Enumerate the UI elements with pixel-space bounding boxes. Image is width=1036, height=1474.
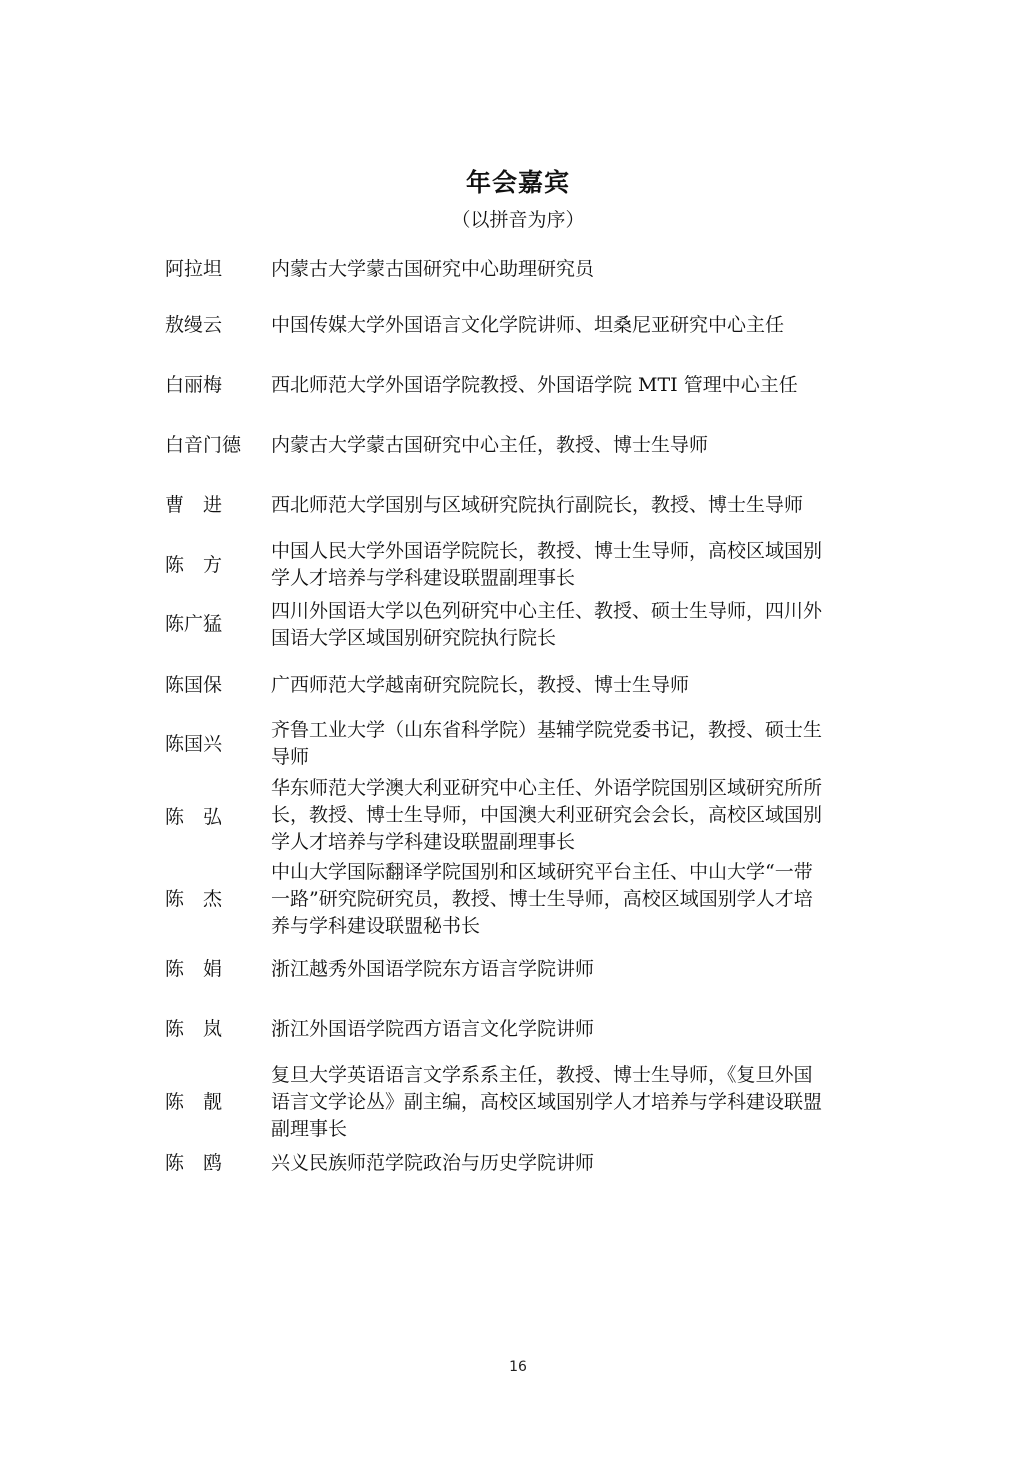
guest-name: 陈国保: [165, 672, 265, 699]
guest-description-line: 内蒙古大学蒙古国研究中心助理研究员: [271, 256, 883, 283]
guest-description: 中国传媒大学外国语言文化学院讲师、坦桑尼亚研究中心主任: [271, 312, 883, 339]
guest-description: 内蒙古大学蒙古国研究中心助理研究员: [271, 256, 883, 283]
guest-description-line: 西北师范大学国别与区域研究院执行副院长，教授、博士生导师: [271, 492, 883, 519]
guest-name: 陈 靓: [165, 1089, 265, 1116]
guest-description-line: 国语大学区域国别研究院执行院长: [271, 625, 883, 652]
guest-description-line: 西北师范大学外国语学院教授、外国语学院 MTI 管理中心主任: [271, 372, 883, 399]
guest-description: 浙江越秀外国语学院东方语言学院讲师: [271, 956, 883, 983]
guest-description: 西北师范大学外国语学院教授、外国语学院 MTI 管理中心主任: [271, 372, 883, 399]
guest-name: 陈国兴: [165, 731, 265, 758]
guest-name: 陈 娟: [165, 956, 265, 983]
guest-description-line: 中国传媒大学外国语言文化学院讲师、坦桑尼亚研究中心主任: [271, 312, 883, 339]
guest-description-line: 中国人民大学外国语学院院长，教授、博士生导师，高校区域国别: [271, 538, 883, 565]
guest-description: 四川外国语大学以色列研究中心主任、教授、硕士生导师，四川外 国语大学区域国别研究…: [271, 598, 883, 652]
guest-description-line: 导师: [271, 744, 883, 771]
guest-description-line: 长，教授、博士生导师，中国澳大利亚研究会会长，高校区域国别: [271, 802, 883, 829]
guest-description: 内蒙古大学蒙古国研究中心主任，教授、博士生导师: [271, 432, 883, 459]
page-number: 16: [0, 1358, 1036, 1376]
guest-description-line: 一路”研究院研究员，教授、博士生导师，高校区域国别学人才培: [271, 886, 883, 913]
guest-description: 中国人民大学外国语学院院长，教授、博士生导师，高校区域国别 学人才培养与学科建设…: [271, 538, 883, 592]
guest-description: 浙江外国语学院西方语言文化学院讲师: [271, 1016, 883, 1043]
guest-name: 曹 进: [165, 492, 265, 519]
guest-name: 敖缦云: [165, 312, 265, 339]
page-subtitle: （以拼音为序）: [0, 206, 1036, 234]
guest-description-line: 内蒙古大学蒙古国研究中心主任，教授、博士生导师: [271, 432, 883, 459]
guest-name: 陈广猛: [165, 611, 265, 638]
guest-description-line: 广西师范大学越南研究院院长，教授、博士生导师: [271, 672, 883, 699]
guest-description-line: 养与学科建设联盟秘书长: [271, 913, 883, 940]
guest-name: 白丽梅: [165, 372, 265, 399]
guest-description-line: 学人才培养与学科建设联盟副理事长: [271, 829, 883, 856]
guest-description: 复旦大学英语语言文学系系主任，教授、博士生导师，《复旦外国 语言文学论丛》副主编…: [271, 1062, 883, 1143]
guest-description-line: 复旦大学英语语言文学系系主任，教授、博士生导师，《复旦外国: [271, 1062, 883, 1089]
guest-description-line: 学人才培养与学科建设联盟副理事长: [271, 565, 883, 592]
guest-description-line: 副理事长: [271, 1116, 883, 1143]
guest-name: 白音门德: [165, 432, 265, 459]
guest-description: 齐鲁工业大学（山东省科学院）基辅学院党委书记，教授、硕士生 导师: [271, 717, 883, 771]
page-title: 年会嘉宾: [0, 166, 1036, 200]
guest-description: 中山大学国际翻译学院国别和区域研究平台主任、中山大学“一带 一路”研究院研究员，…: [271, 859, 883, 940]
guest-description: 广西师范大学越南研究院院长，教授、博士生导师: [271, 672, 883, 699]
guest-name: 陈 弘: [165, 804, 265, 831]
guest-description-line: 中山大学国际翻译学院国别和区域研究平台主任、中山大学“一带: [271, 859, 883, 886]
guest-name: 陈 方: [165, 552, 265, 579]
guest-description: 兴义民族师范学院政治与历史学院讲师: [271, 1150, 883, 1177]
guest-name: 陈 杰: [165, 886, 265, 913]
guest-description-line: 兴义民族师范学院政治与历史学院讲师: [271, 1150, 883, 1177]
guest-description-line: 语言文学论丛》副主编，高校区域国别学人才培养与学科建设联盟: [271, 1089, 883, 1116]
guest-description: 西北师范大学国别与区域研究院执行副院长，教授、博士生导师: [271, 492, 883, 519]
guest-description-line: 浙江外国语学院西方语言文化学院讲师: [271, 1016, 883, 1043]
guest-name: 阿拉坦: [165, 256, 265, 283]
guest-name: 陈 岚: [165, 1016, 265, 1043]
guest-description-line: 华东师范大学澳大利亚研究中心主任、外语学院国别区域研究所所: [271, 775, 883, 802]
guest-name: 陈 鸥: [165, 1150, 265, 1177]
guest-description-line: 浙江越秀外国语学院东方语言学院讲师: [271, 956, 883, 983]
guest-description-line: 齐鲁工业大学（山东省科学院）基辅学院党委书记，教授、硕士生: [271, 717, 883, 744]
guest-description-line: 四川外国语大学以色列研究中心主任、教授、硕士生导师，四川外: [271, 598, 883, 625]
guest-description: 华东师范大学澳大利亚研究中心主任、外语学院国别区域研究所所 长，教授、博士生导师…: [271, 775, 883, 856]
